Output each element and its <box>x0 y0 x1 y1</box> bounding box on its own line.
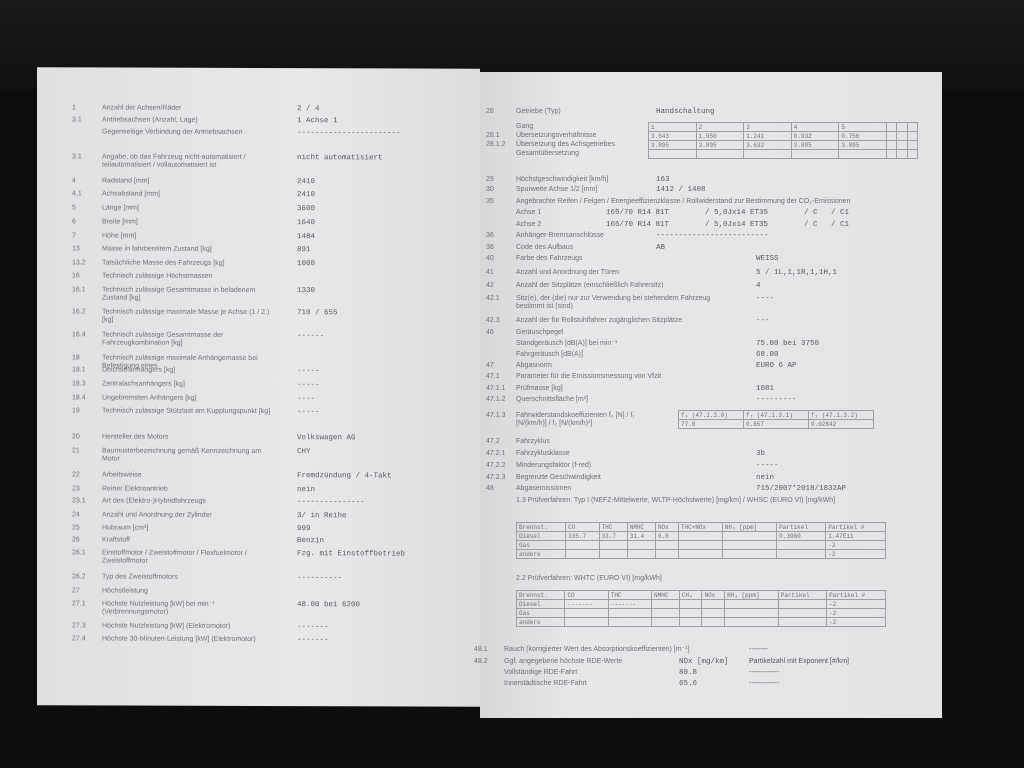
gear-table: 123453.6431.9501.2410.9320.7563.8953.895… <box>648 122 918 159</box>
field-value: 710 / 655 <box>297 309 338 317</box>
field-label: Reiner Elektroantrieb <box>102 485 277 494</box>
form-row: 21Baumusterbezeichnung gemäß Kennzeichnu… <box>72 447 472 448</box>
field-label: Fahrzyklusklasse <box>516 450 716 458</box>
field-label: Geräuschpegel <box>516 329 716 337</box>
field-number: 42 <box>486 282 516 290</box>
form-row: 6Breite [mm]1640 <box>72 218 472 219</box>
form-row: 27Höchstleistung <box>72 587 472 588</box>
gear-cell <box>897 141 907 150</box>
emission-cell <box>678 532 722 541</box>
emission-cell <box>599 550 627 559</box>
field-number: 47 <box>486 362 516 370</box>
form-row: 13Masse in fahrbereitem Zustand [kg]891 <box>72 245 472 246</box>
field-number: 41 <box>486 269 516 277</box>
field-value: 1000 <box>297 260 315 268</box>
emission-header: CH₄ <box>679 591 702 600</box>
emission-header: NOx <box>702 591 725 600</box>
form-row: 27.3Höchste Nutzleistung [kW] (Elektromo… <box>72 622 472 623</box>
emission-cell <box>722 532 776 541</box>
field-value: 5 / 1L,1,1R,1,1H,1 <box>756 269 837 277</box>
emission-cell <box>627 541 655 550</box>
field-number: 20 <box>72 433 102 441</box>
field-value: ---------- <box>297 574 342 582</box>
field-number: 16 <box>72 272 102 280</box>
field-value: 163 <box>656 176 670 184</box>
gear-row-label: 28.1.2Übersetzung des Achsgetriebes <box>486 140 646 149</box>
field-label: Länge [mm] <box>102 204 277 213</box>
emission-cell <box>725 618 779 627</box>
emission-header: Brennst. <box>517 591 565 600</box>
field-value: Handschaltung <box>656 108 715 116</box>
emission-cell <box>608 609 651 618</box>
field-label: Arbeitsweise <box>102 471 277 480</box>
emission-cell: Gas <box>517 609 565 618</box>
field-value: ------------- <box>749 669 779 677</box>
gear-header-cell: 4 <box>791 123 839 132</box>
field-number: 18.1 <box>72 366 102 374</box>
form-row: 3.1Antriebsachsen (Anzahl, Lage)1 Achse … <box>72 116 472 117</box>
field-label: Radstand [mm] <box>102 177 277 186</box>
field-value: ----- <box>297 367 320 375</box>
field-number: 42.1 <box>486 295 516 303</box>
emission-cell <box>652 609 680 618</box>
emission-cell <box>566 541 599 550</box>
field-value: nein <box>297 486 315 494</box>
field-number: 7 <box>72 232 102 240</box>
gear-header-cell <box>907 123 917 132</box>
form-row: 16.4Technisch zulässige Gesamtmasse der … <box>72 331 472 332</box>
field-label: Fahrzyklus <box>516 438 716 446</box>
field-number: 36 <box>486 232 516 240</box>
emission-cell: 33.7 <box>599 532 627 541</box>
field-value: ------ <box>297 332 324 340</box>
form-row: 4Radstand [mm]2410 <box>72 177 472 178</box>
field-value: 2 / 4 <box>297 105 320 113</box>
field-number: 47.2.1 <box>486 450 516 458</box>
emission-cell <box>679 600 702 609</box>
emission-cell: -2 <box>826 550 886 559</box>
field-value: Volkswagen AG <box>297 434 356 442</box>
field-label: Begrenzte Geschwindigkeit <box>516 474 716 482</box>
emission-header: NH₃ [ppm] <box>725 591 779 600</box>
emission-header: CO <box>565 591 608 600</box>
field-value: ------------------------- <box>656 232 769 240</box>
field-label: Anzahl der für Rollstuhlfahrer zugänglic… <box>516 317 716 325</box>
field-label: Höchstgeschwindigkeit [km/h] <box>516 176 716 184</box>
gear-cell <box>897 150 907 159</box>
field-number: 48.2 <box>474 658 504 666</box>
field-value: ---- <box>297 395 315 403</box>
field-number: 5 <box>72 204 102 212</box>
document-page-right: 28Getriebe (Typ)HandschaltungGang28.1Übe… <box>480 72 942 718</box>
gear-cell: 3.895 <box>649 141 697 150</box>
field-label: Technisch zulässige Gesamtmasse in belad… <box>102 286 277 303</box>
form-row: 18Technisch zulässige maximale Anhängema… <box>72 354 472 355</box>
emission-cell <box>679 609 702 618</box>
field-number: 47.1.2 <box>486 396 516 404</box>
field-value: 3600 <box>297 205 315 213</box>
emission-cell: andere <box>517 550 566 559</box>
field-number: 27.3 <box>72 622 102 630</box>
field-label: Übersetzung des Achsgetriebes <box>516 140 615 149</box>
field-label: Prüfmasse [kg] <box>516 385 716 393</box>
field-label: Technisch zulässige Höchstmassen <box>102 272 277 281</box>
field-label: Anzahl und Anordnung der Zylinder <box>102 511 277 520</box>
road-load-header: f₁ (47.1.3.1) <box>744 411 809 420</box>
gear-cell <box>886 141 896 150</box>
emission-cell <box>778 600 826 609</box>
field-value: 65.6 <box>679 680 697 688</box>
field-number: 3.1 <box>72 153 102 161</box>
form-row: 26.2Typ des Zweistoffmotors---------- <box>72 573 472 574</box>
form-row: 27.4Höchste 30-Minuten-Leistung [kW] (El… <box>72 635 472 636</box>
field-number: 47.2 <box>486 438 516 446</box>
field-value: AB <box>656 244 665 252</box>
field-number: 13.2 <box>72 259 102 267</box>
field-label: Achsabstand [mm] <box>102 190 277 199</box>
emission-cell <box>655 541 678 550</box>
field-label: Hersteller des Motors <box>102 433 277 442</box>
form-row: 26KraftstoffBenzin <box>72 536 472 537</box>
field-value: WEISS <box>756 255 779 263</box>
field-value: 68.00 <box>756 351 779 359</box>
emission-cell: -2 <box>827 600 886 609</box>
gear-cell <box>744 150 792 159</box>
gear-cell: 1.241 <box>744 132 792 141</box>
form-row: 23.1Art des (Elektro-)Hybridfahrzeugs---… <box>72 497 472 498</box>
field-number: 35 <box>486 198 516 206</box>
gear-cell: 0.756 <box>839 132 887 141</box>
field-label: Typ des Zweistoffmotors <box>102 573 277 582</box>
field-number: 30 <box>486 186 516 194</box>
field-value: 1330 <box>297 287 315 295</box>
emission-cell: 31.4 <box>627 532 655 541</box>
emission-cell: -2 <box>827 618 886 627</box>
field-value: --------- <box>756 396 797 404</box>
road-load-table: f₀ (47.1.3.0)f₁ (47.1.3.1)f₂ (47.1.3.2)7… <box>678 410 874 429</box>
field-label: Kraftstoff <box>102 536 277 545</box>
field-value: 715/2007*2018/1832AP <box>756 485 846 493</box>
gear-cell: 3.632 <box>744 141 792 150</box>
field-label: Baumusterbezeichnung gemäß Kennzeichnung… <box>102 447 277 464</box>
gear-cell <box>897 132 907 141</box>
gear-cell: 3.895 <box>696 141 744 150</box>
field-label: Hubraum [cm³] <box>102 524 277 533</box>
road-load-header: f₀ (47.1.3.0) <box>679 411 744 420</box>
field-value: ----- <box>756 462 779 470</box>
field-value: NOx [mg/km] <box>679 658 729 666</box>
field-number: 3.1 <box>72 116 102 124</box>
field-number: 24 <box>72 511 102 519</box>
emission-title: 1.3 Prüfverfahren: Typ I (NEFZ-Mittelwer… <box>516 497 846 505</box>
emission-cell <box>627 550 655 559</box>
field-number: 16.4 <box>72 331 102 339</box>
gear-row-label: Gesamtübersetzung <box>486 149 646 158</box>
road-load-value: 0.02842 <box>809 420 874 429</box>
form-row: 3.1Angabe, ob das Fahrzeug nicht-automat… <box>72 153 472 154</box>
gear-cell <box>907 141 917 150</box>
emission-cell <box>565 618 608 627</box>
emission-header: Partikel <box>777 523 826 532</box>
field-number: 40 <box>486 255 516 263</box>
gear-header-cell: 5 <box>839 123 887 132</box>
field-value: 80.8 <box>679 669 697 677</box>
field-label: Minderungsfaktor (f-red) <box>516 462 716 470</box>
field-value: --- <box>756 317 770 325</box>
emission-header: NMHC <box>652 591 680 600</box>
field-value: -------- <box>749 646 768 654</box>
field-number: 1 <box>72 104 102 112</box>
field-label: Gegenseitige Verbindung der Antriebsachs… <box>102 128 277 137</box>
field-value: ----- <box>297 408 320 416</box>
gear-cell <box>649 150 697 159</box>
field-value: 48.00 bei 6200 <box>297 601 360 609</box>
field-value: 3b <box>756 450 765 458</box>
field-number: 27.4 <box>72 635 102 643</box>
field-label: Technisch zulässige Gesamtmasse der Fahr… <box>102 331 277 348</box>
field-label: Abgasemissionen <box>516 485 716 493</box>
field-value: ----------------------- <box>297 129 401 137</box>
emission-cell <box>722 550 776 559</box>
field-number: 4.1 <box>72 190 102 198</box>
field-number: 18.3 <box>72 380 102 388</box>
form-row: 5Länge [mm]3600 <box>72 204 472 205</box>
field-number: 27 <box>72 587 102 595</box>
form-row: 20Hersteller des MotorsVolkswagen AG <box>72 433 472 434</box>
field-label: Antriebsachsen (Anzahl, Lage) <box>102 116 277 125</box>
field-value: 1640 <box>297 219 315 227</box>
field-number: 26.1 <box>72 549 102 557</box>
field-number: 47.1.3 <box>486 412 516 420</box>
field-value: Fremdzündung / 4-Takt <box>297 472 392 480</box>
emission-cell <box>678 541 722 550</box>
emission-cell: 6.8 <box>655 532 678 541</box>
emission-cell <box>679 618 702 627</box>
emission-cell: Diesel <box>517 532 566 541</box>
emission-header: Brennst. <box>517 523 566 532</box>
form-row: 16.1Technisch zulässige Gesamtmasse in b… <box>72 286 472 287</box>
field-label: Anzahl der Achsen/Räder <box>102 104 277 113</box>
form-row: 24Anzahl und Anordnung der Zylinder3/ in… <box>72 511 472 512</box>
document-page-left: 1Anzahl der Achsen/Räder2 / 43.1Antriebs… <box>37 67 480 707</box>
emission-header: NMHC <box>627 523 655 532</box>
field-label: Übersetzungsverhältnisse <box>516 131 597 140</box>
field-value: 1 Achse 1 <box>297 117 338 125</box>
emission-cell <box>566 550 599 559</box>
form-row: 23Reiner Elektroantriebnein <box>72 485 472 486</box>
emission-cell: -2 <box>827 609 886 618</box>
field-label: Fahrgeräusch [dB(A)] <box>516 351 716 359</box>
field-number: 46 <box>486 329 516 337</box>
form-row: 7Höhe [mm]1484 <box>72 232 472 233</box>
form-row: 16.2Technisch zulässige maximale Masse j… <box>72 308 472 309</box>
field-value: EURO 6 AP <box>756 362 797 370</box>
emission-cell: 335.7 <box>566 532 599 541</box>
field-value: 999 <box>297 525 311 533</box>
field-value: 3/ in Reihe <box>297 512 347 520</box>
field-label: Gesamtübersetzung <box>516 149 579 158</box>
field-number: 47.2.3 <box>486 474 516 482</box>
field-label: Masse in fahrbereitem Zustand [kg] <box>102 245 277 254</box>
emission-header: THC+NOx <box>678 523 722 532</box>
field-label: Ggf. angegebene höchste RDE-Werte <box>504 658 704 666</box>
field-value: Benzin <box>297 537 324 545</box>
emission-cell <box>702 618 725 627</box>
gear-header-cell: 2 <box>696 123 744 132</box>
gear-header-cell: 3 <box>744 123 792 132</box>
field-value: 2410 <box>297 191 315 199</box>
field-number: 21 <box>72 447 102 455</box>
field-value: ------------- <box>749 680 779 688</box>
gear-header-label: Gang <box>486 122 646 131</box>
field-number: 13 <box>72 245 102 253</box>
gear-cell <box>791 150 839 159</box>
field-label: Höhe [mm] <box>102 232 277 241</box>
gear-cell: 3.895 <box>839 141 887 150</box>
field-label: Rauch (korrigierter Wert des Absorptions… <box>504 646 704 654</box>
gear-cell <box>886 132 896 141</box>
field-value: 4 <box>756 282 761 290</box>
emission-header: NOx <box>655 523 678 532</box>
field-value: 1081 <box>756 385 774 393</box>
field-number: 29 <box>486 176 516 184</box>
field-label: Parameter für die Emissionsmessung von V… <box>516 373 716 381</box>
emission-cell <box>778 618 826 627</box>
gear-cell <box>886 150 896 159</box>
emission-table: Brennst.COTHCNMHCNOxTHC+NOxNH₃ [ppm]Part… <box>516 522 886 559</box>
field-number: 4 <box>72 177 102 185</box>
emission-cell <box>608 618 651 627</box>
emission-cell <box>725 600 779 609</box>
emission-header: Partikel # <box>827 591 886 600</box>
emission-cell <box>777 550 826 559</box>
field-label: Vollständige RDE-Fahrt <box>504 669 704 677</box>
gear-header-cell: 1 <box>649 123 697 132</box>
field-number: 27.1 <box>72 600 102 608</box>
field-value: Fzg. mit Einstoffbetrieb <box>297 550 405 558</box>
emission-cell: 0.3960 <box>777 532 826 541</box>
gear-cell <box>907 132 917 141</box>
emission-header: THC <box>599 523 627 532</box>
field-label: Höchstleistung <box>102 587 277 596</box>
emission-cell <box>702 600 725 609</box>
field-value: 1412 / 1408 <box>656 186 706 194</box>
field-value: ---- <box>756 295 774 303</box>
emission-cell <box>702 609 725 618</box>
field-value: 891 <box>297 246 311 254</box>
gear-header-cell <box>897 123 907 132</box>
emission-cell <box>722 541 776 550</box>
field-value: 75.00 bei 3750 <box>756 340 819 348</box>
emission-cell <box>678 550 722 559</box>
form-row: 18.1Deichselanhängers [kg]----- <box>72 366 472 367</box>
gear-cell: 3.895 <box>791 141 839 150</box>
field-number: 38 <box>486 244 516 252</box>
field-number: 26 <box>72 536 102 544</box>
field-number: 26.2 <box>72 573 102 581</box>
emission-cell <box>655 550 678 559</box>
emission-cell <box>599 541 627 550</box>
emission-cell: Gas <box>517 541 566 550</box>
form-row: 16Technisch zulässige Höchstmassen <box>72 272 472 273</box>
emission-cell: andere <box>517 618 565 627</box>
gear-cell: 3.643 <box>649 132 697 141</box>
field-value: CHY <box>297 448 311 456</box>
field-number: 47.1 <box>486 373 516 381</box>
form-row: 25Hubraum [cm³]999 <box>72 524 472 525</box>
form-row: 18.4Ungebremsten Anhängers [kg]---- <box>72 394 472 395</box>
emission-cell <box>777 541 826 550</box>
road-load-value: 77.8 <box>679 420 744 429</box>
field-label: Tatsächliche Masse des Fahrzeugs [kg] <box>102 259 277 268</box>
gear-header-cell <box>886 123 896 132</box>
emission-cell <box>652 600 680 609</box>
field-label: Technisch zulässige maximale Masse je Ac… <box>102 308 277 325</box>
road-load-header: f₂ (47.1.3.2) <box>809 411 874 420</box>
emission-header: THC <box>608 591 651 600</box>
emission-cell <box>778 609 826 618</box>
field-label: Fahrwiderstandskoeffizienten f₀ [N] / f₁… <box>516 412 646 428</box>
gear-cell <box>907 150 917 159</box>
field-label: Anzahl und Anordnung der Türen <box>516 269 716 277</box>
field-label: Art des (Elektro-)Hybridfahrzeugs <box>102 497 277 506</box>
field-value: 2410 <box>297 178 315 186</box>
emission-cell: Diesel <box>517 600 565 609</box>
form-row: 18.3Zentralachsanhängers [kg]----- <box>72 380 472 381</box>
field-number: 16.2 <box>72 308 102 316</box>
emission-cell <box>565 609 608 618</box>
field-number: 18.4 <box>72 394 102 402</box>
field-value: ----- <box>297 381 320 389</box>
field-number: 28.1 <box>486 131 500 140</box>
field-label: Breite [mm] <box>102 218 277 227</box>
field-label: Angabe, ob das Fahrzeug nicht-automatisi… <box>102 153 277 170</box>
field-value: 165/70 R14 81T / 5,0Jx14 ET35 / C / C1 <box>606 209 849 217</box>
emission-table: Brennst.COTHCNMHCCH₄NOxNH₃ [ppm]Partikel… <box>516 590 886 627</box>
emission-title: 2.2 Prüfverfahren: WHTC (EURO VI) [mg/kW… <box>516 575 846 583</box>
field-label: Höchste 30-Minuten-Leistung [kW] (Elektr… <box>102 635 277 644</box>
field-number: 22 <box>72 471 102 479</box>
field-number: 19 <box>72 407 102 415</box>
field-value: 165/70 R14 81T / 5,0Jx14 ET35 / C / C1 <box>606 221 849 229</box>
field-label: Höchste Nutzleistung [kW] (Elektromotor) <box>102 622 277 631</box>
field-label: Code des Aufbaus <box>516 244 716 252</box>
field-label: Ungebremsten Anhängers [kg] <box>102 394 277 403</box>
form-row: 19Technisch zulässige Stützlast am Kuppl… <box>72 407 472 408</box>
emission-header: Partikel # <box>826 523 886 532</box>
field-number: 28 <box>486 108 516 116</box>
field-label: Höchste Nutzleistung [kW] bei min⁻¹ (Ver… <box>102 600 277 617</box>
field-label: Anzahl der Sitzplätze (einschließlich Fa… <box>516 282 716 290</box>
field-number: 48.1 <box>474 646 504 654</box>
field-value: 1484 <box>297 233 315 241</box>
emission-cell: ------- <box>565 600 608 609</box>
field-number: 47.1.1 <box>486 385 516 393</box>
emission-header: NH₃ [ppm] <box>722 523 776 532</box>
field-value: Partikelzahl mit Exponent [#/km] <box>749 658 849 666</box>
field-number: 23 <box>72 485 102 493</box>
form-row: 27.1Höchste Nutzleistung [kW] bei min⁻¹ … <box>72 600 472 601</box>
field-label: Angebrachte Reifen / Felgen / Energieeff… <box>516 198 936 206</box>
field-value: nein <box>756 474 774 482</box>
field-label: Einstoffmotor / Zweistoffmotor / Flexfue… <box>102 549 277 566</box>
field-number: 25 <box>72 524 102 532</box>
field-number: 47.2.2 <box>486 462 516 470</box>
field-value: --------------- <box>297 498 365 506</box>
emission-header: Partikel <box>778 591 826 600</box>
field-label: Abgasnorm <box>516 362 716 370</box>
field-number: 6 <box>72 218 102 226</box>
